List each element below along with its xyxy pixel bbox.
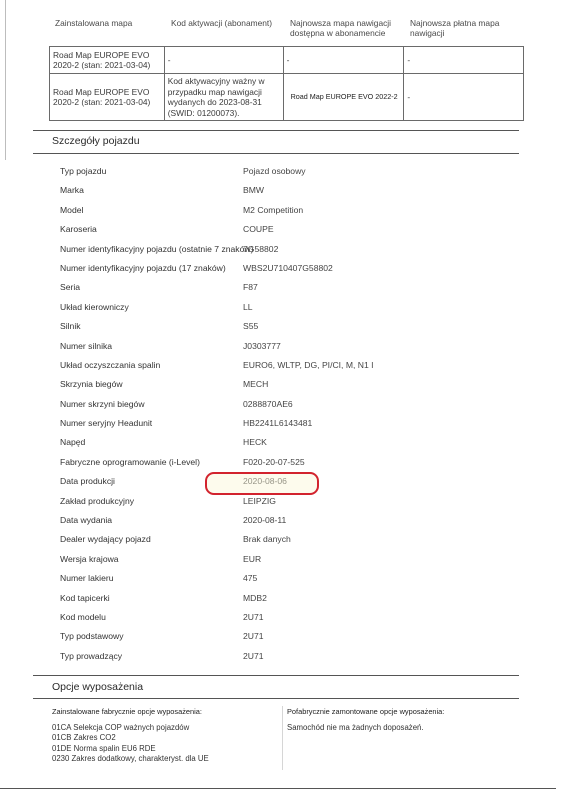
detail-label: Karoseria	[60, 223, 97, 235]
detail-label: Wersja krajowa	[60, 553, 119, 565]
factory-option-item: 0230 Zakres dodatkowy, charakteryst. dla…	[52, 754, 277, 764]
factory-option-item: 01CB Zakres CO2	[52, 733, 277, 743]
detail-value: MDB2	[243, 592, 267, 604]
aftermarket-options-text: Samochód nie ma żadnych doposażeń.	[287, 723, 527, 733]
vehicle-details-title: Szczegóły pojazdu	[52, 135, 140, 147]
factory-options-heading: Zainstalowane fabrycznie opcje wyposażen…	[52, 707, 277, 717]
detail-row: Zakład produkcyjnyLEIPZIG	[60, 493, 480, 512]
detail-value: M2 Competition	[243, 204, 303, 216]
detail-label: Fabryczne oprogramowanie (i-Level)	[60, 456, 200, 468]
detail-row: Skrzynia biegówMECH	[60, 376, 480, 395]
detail-label: Numer lakieru	[60, 572, 114, 584]
detail-value: HB2241L6143481	[243, 417, 312, 429]
detail-row: Numer lakieru475	[60, 570, 480, 589]
map-table: Road Map EUROPE EVO 2020-2 (stan: 2021-0…	[49, 46, 524, 121]
detail-label: Typ prowadzący	[60, 650, 122, 662]
detail-row: SeriaF87	[60, 279, 480, 298]
map-col-installed: Zainstalowana mapa	[55, 18, 165, 28]
factory-option-item: 01CA Selekcja COP ważnych pojazdów	[52, 723, 277, 733]
vehicle-details-list: Typ pojazduPojazd osobowyMarkaBMWModelM2…	[60, 163, 480, 667]
section-divider	[33, 153, 519, 154]
detail-label: Model	[60, 204, 83, 216]
factory-option-item: 01DE Norma spalin EU6 RDE	[52, 744, 277, 754]
detail-value: MECH	[243, 378, 268, 390]
detail-value: 2U71	[243, 611, 264, 623]
detail-label: Numer skrzyni biegów	[60, 398, 145, 410]
detail-label: Numer identyfikacyjny pojazdu (17 znaków…	[60, 262, 226, 274]
detail-value: COUPE	[243, 223, 274, 235]
detail-value: EUR	[243, 553, 261, 565]
detail-row: KaroseriaCOUPE	[60, 221, 480, 240]
map-row: Road Map EUROPE EVO 2020-2 (stan: 2021-0…	[50, 74, 524, 121]
detail-row: Kod tapicerkiMDB2	[60, 590, 480, 609]
detail-value: WBS2U710407G58802	[243, 262, 333, 274]
detail-row: SilnikS55	[60, 318, 480, 337]
detail-label: Typ pojazdu	[60, 165, 106, 177]
detail-value: EURO6, WLTP, DG, PI/CI, M, N1 I	[243, 359, 374, 371]
detail-value: BMW	[243, 184, 264, 196]
detail-value: Brak danych	[243, 533, 291, 545]
map-cell: Kod aktywacyjny ważny w przypadku map na…	[164, 74, 283, 121]
detail-label: Kod tapicerki	[60, 592, 110, 604]
detail-row: Numer skrzyni biegów0288870AE6	[60, 396, 480, 415]
aftermarket-options: Pofabrycznie zamontowane opcje wyposażen…	[287, 707, 527, 733]
map-cell: -	[404, 74, 524, 121]
map-cell: -	[164, 47, 283, 74]
detail-value: J0303777	[243, 340, 281, 352]
detail-row: Wersja krajowaEUR	[60, 551, 480, 570]
detail-label: Numer seryjny Headunit	[60, 417, 152, 429]
detail-label: Układ kierowniczy	[60, 301, 129, 313]
detail-label: Dealer wydający pojazd	[60, 533, 151, 545]
detail-label: Napęd	[60, 436, 85, 448]
detail-row: Numer identyfikacyjny pojazdu (17 znaków…	[60, 260, 480, 279]
detail-label: Kod modelu	[60, 611, 106, 623]
detail-value: HECK	[243, 436, 267, 448]
detail-row: NapędHECK	[60, 434, 480, 453]
detail-row: Numer identyfikacyjny pojazdu (ostatnie …	[60, 241, 480, 260]
detail-label: Typ podstawowy	[60, 630, 124, 642]
detail-row: Kod modelu2U71	[60, 609, 480, 628]
detail-label: Marka	[60, 184, 84, 196]
detail-row: Układ kierowniczyLL	[60, 299, 480, 318]
detail-value: F020-20-07-525	[243, 456, 305, 468]
map-cell: Road Map EUROPE EVO 2022-2	[283, 74, 404, 121]
detail-row: ModelM2 Competition	[60, 202, 480, 221]
detail-label: Zakład produkcyjny	[60, 495, 134, 507]
detail-row: MarkaBMW	[60, 182, 480, 201]
section-divider	[33, 130, 519, 131]
column-divider	[282, 706, 283, 770]
detail-label: Data wydania	[60, 514, 112, 526]
detail-row: Typ podstawowy2U71	[60, 628, 480, 647]
map-col-latest-subscription: Najnowsza mapa nawigacji dostępna w abon…	[290, 18, 410, 38]
detail-value: 475	[243, 572, 257, 584]
detail-value: 2U71	[243, 630, 264, 642]
section-divider	[33, 675, 519, 676]
map-row: Road Map EUROPE EVO 2020-2 (stan: 2021-0…	[50, 47, 524, 74]
detail-value: LEIPZIG	[243, 495, 276, 507]
detail-row: Numer seryjny HeadunitHB2241L6143481	[60, 415, 480, 434]
detail-row: Fabryczne oprogramowanie (i-Level)F020-2…	[60, 454, 480, 473]
factory-options: Zainstalowane fabrycznie opcje wyposażen…	[52, 707, 277, 764]
production-date-highlight	[205, 472, 319, 495]
detail-row: Numer silnikaJ0303777	[60, 338, 480, 357]
detail-value: LL	[243, 301, 253, 313]
detail-value: 2020-08-11	[243, 514, 286, 526]
equipment-title: Opcje wyposażenia	[52, 681, 143, 693]
detail-value: 0288870AE6	[243, 398, 293, 410]
detail-value: 2U71	[243, 650, 264, 662]
detail-value: Pojazd osobowy	[243, 165, 306, 177]
detail-value: F87	[243, 281, 258, 293]
aftermarket-options-heading: Pofabrycznie zamontowane opcje wyposażen…	[287, 707, 527, 717]
detail-label: Data produkcji	[60, 475, 115, 487]
scan-edge	[5, 0, 6, 160]
detail-row: Data wydania2020-08-11	[60, 512, 480, 531]
detail-label: Układ oczyszczania spalin	[60, 359, 160, 371]
map-cell: -	[283, 47, 404, 74]
map-cell: Road Map EUROPE EVO 2020-2 (stan: 2021-0…	[50, 47, 165, 74]
detail-value: 7G58802	[243, 243, 278, 255]
map-col-activation: Kod aktywacji (abonament)	[171, 18, 289, 28]
detail-row: Dealer wydający pojazdBrak danych	[60, 531, 480, 550]
detail-label: Skrzynia biegów	[60, 378, 123, 390]
detail-value: S55	[243, 320, 258, 332]
section-divider	[33, 698, 519, 699]
map-cell: Road Map EUROPE EVO 2020-2 (stan: 2021-0…	[50, 74, 165, 121]
map-cell: -	[404, 47, 524, 74]
detail-row: Układ oczyszczania spalinEURO6, WLTP, DG…	[60, 357, 480, 376]
detail-row: Typ prowadzący2U71	[60, 648, 480, 667]
page-bottom-divider	[0, 788, 556, 789]
detail-label: Silnik	[60, 320, 81, 332]
detail-label: Numer silnika	[60, 340, 112, 352]
detail-row: Typ pojazduPojazd osobowy	[60, 163, 480, 182]
detail-label: Seria	[60, 281, 80, 293]
map-col-latest-paid: Najnowsza płatna mapa nawigacji	[410, 18, 520, 38]
detail-label: Numer identyfikacyjny pojazdu (ostatnie …	[60, 243, 253, 255]
